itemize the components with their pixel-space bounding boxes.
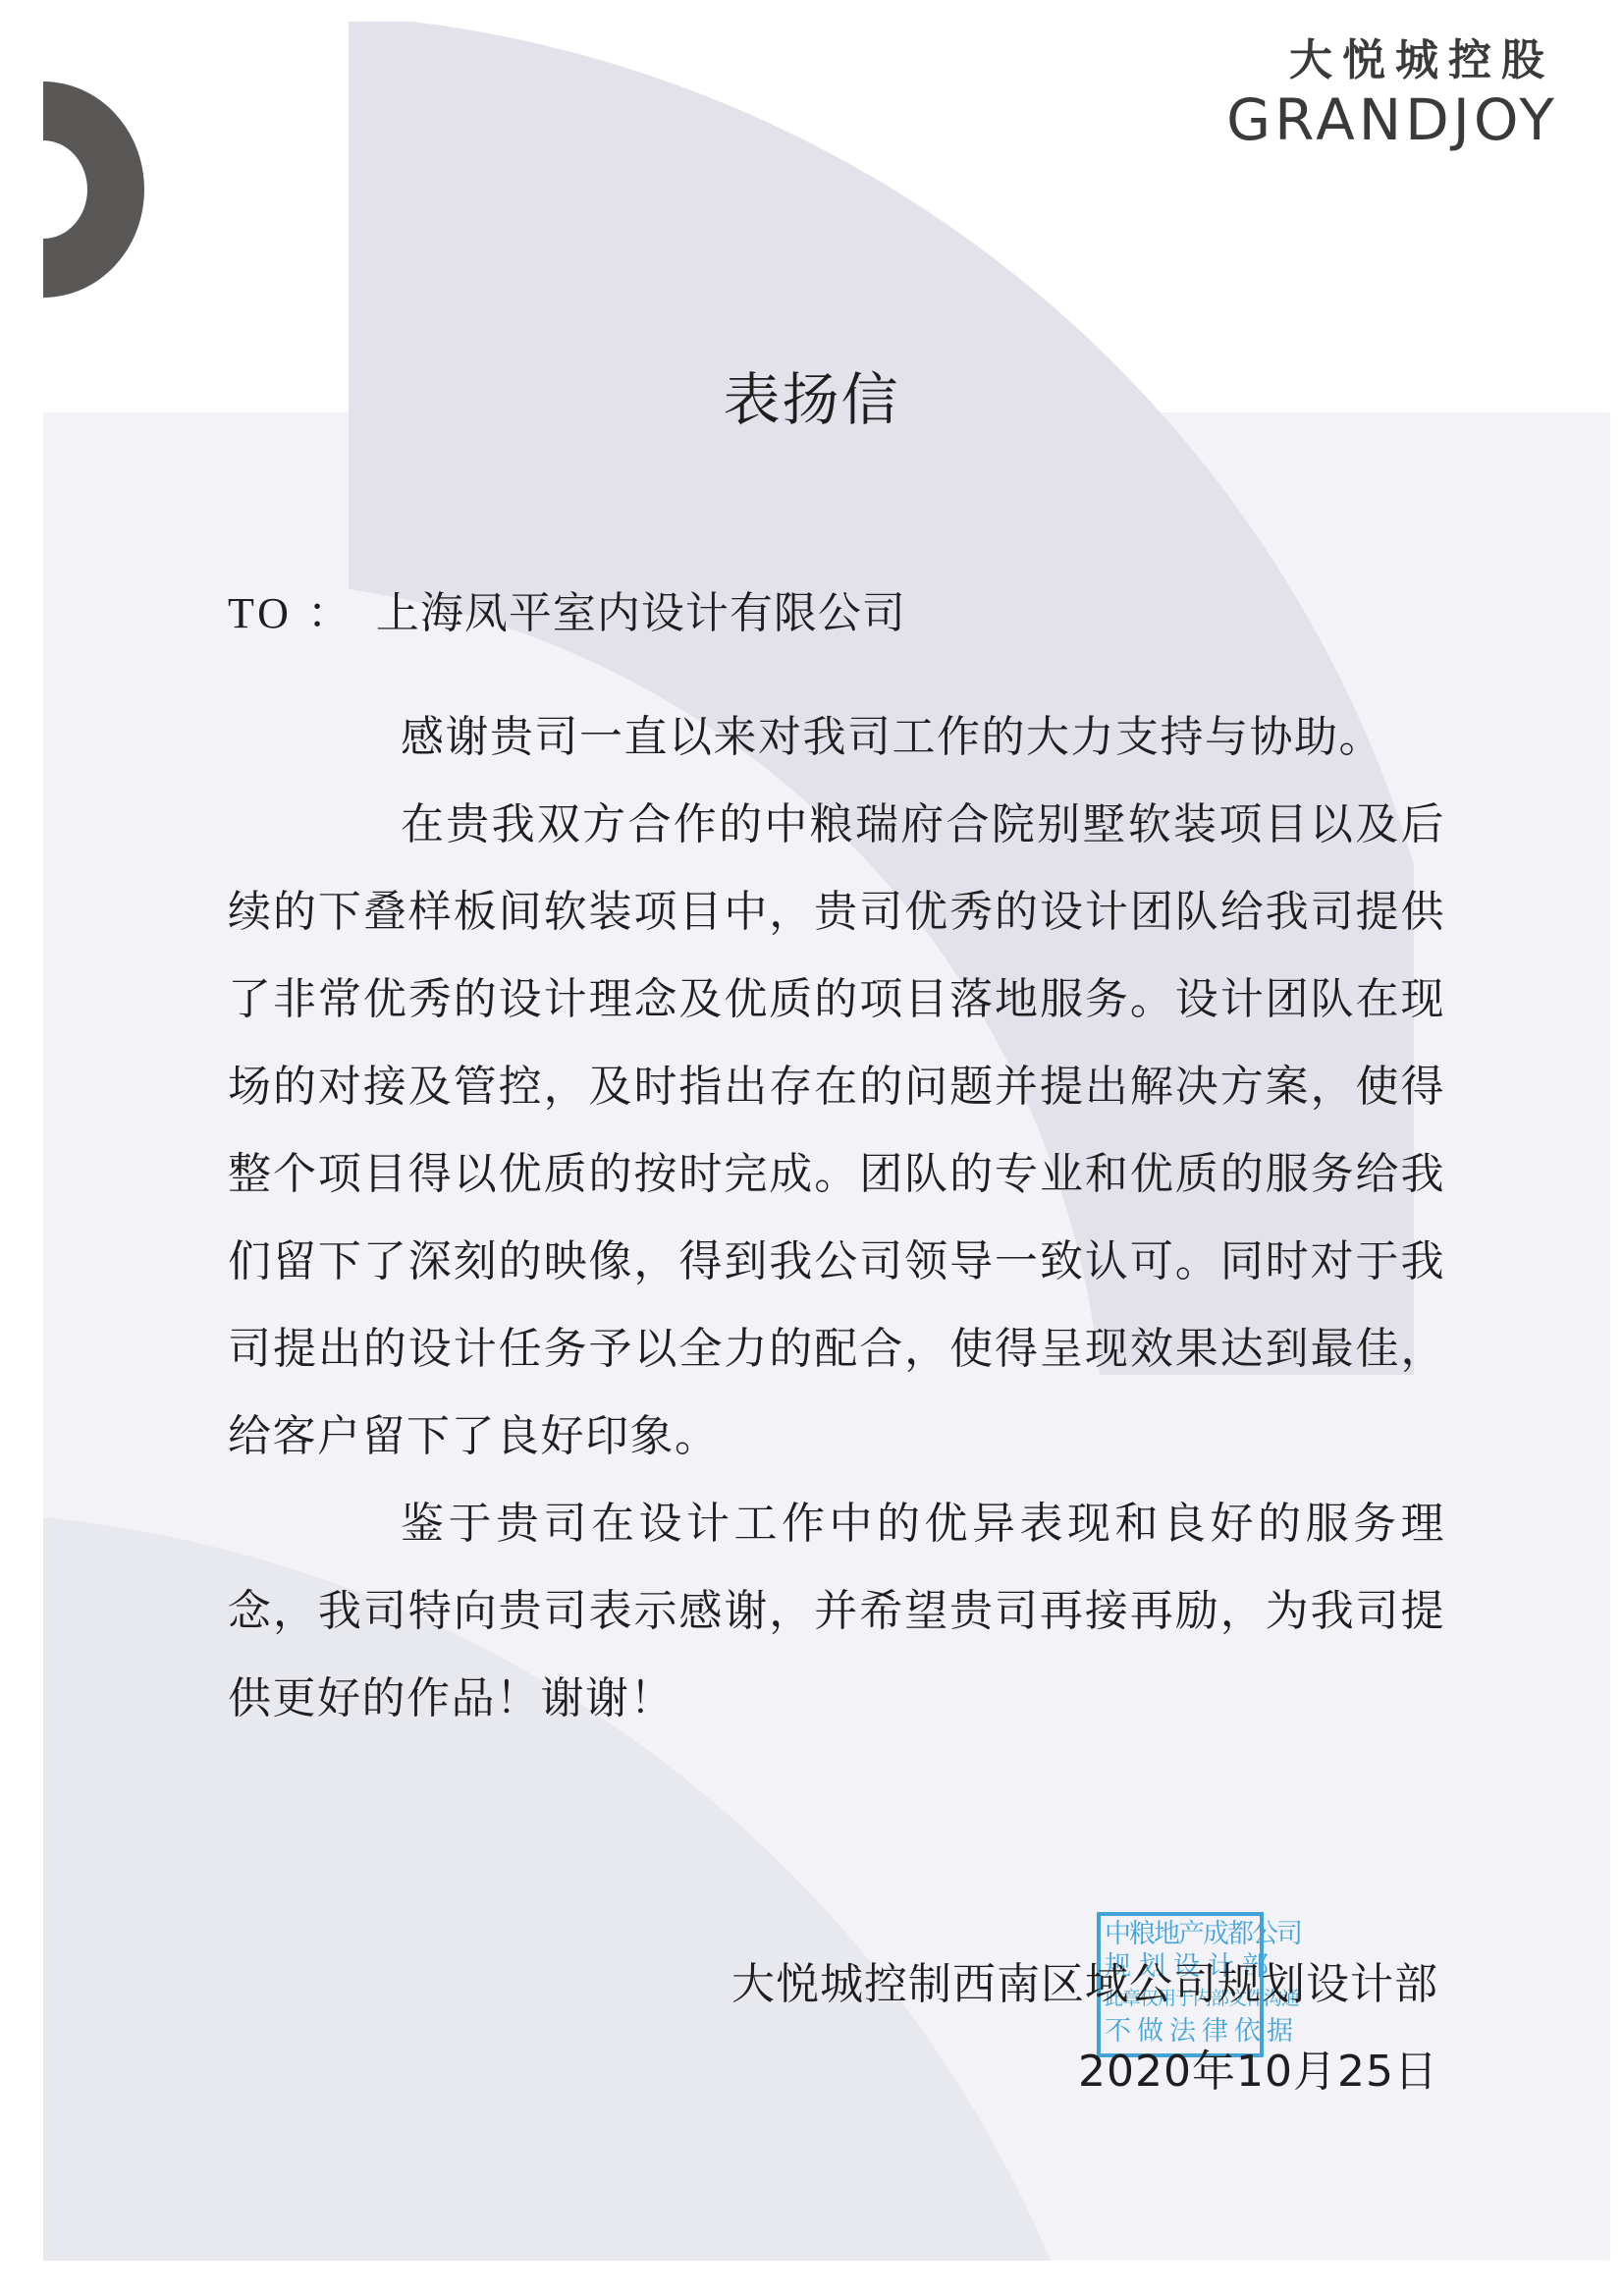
recipient-name: 上海凤平室内设计有限公司 <box>376 588 906 638</box>
paragraph-closing: 鉴于贵司在设计工作中的优异表现和良好的服务理念，我司特向贵司表示感谢，并希望贵司… <box>228 1480 1445 1742</box>
to-label: TO ： <box>228 589 354 637</box>
letter-title: 表扬信 <box>0 354 1623 436</box>
logo-half-ring-icon <box>43 82 151 298</box>
signature-block: 大悦城控制西南区域公司规划设计部 2020年10月25日 <box>731 1941 1438 2115</box>
recipient-line: TO ：上海凤平室内设计有限公司 <box>228 577 906 640</box>
paragraph-project: 在贵我双方合作的中粮瑞府合院别墅软装项目以及后续的下叠样板间软装项目中，贵司优秀… <box>228 781 1445 1480</box>
brand-name-cn: 大悦城控股 <box>1201 33 1584 88</box>
brand-logo: 大悦城控股 GRANDJOY <box>1201 33 1584 151</box>
paragraph-thanks: 感谢贵司一直以来对我司工作的大力支持与协助。 <box>228 693 1445 781</box>
letter-body: 感谢贵司一直以来对我司工作的大力支持与协助。 在贵我双方合作的中粮瑞府合院别墅软… <box>228 693 1445 1742</box>
brand-name-en: GRANDJOY <box>1201 88 1584 151</box>
signature-date: 2020年10月25日 <box>731 2028 1438 2115</box>
signature-org: 大悦城控制西南区域公司规划设计部 <box>731 1941 1438 2028</box>
